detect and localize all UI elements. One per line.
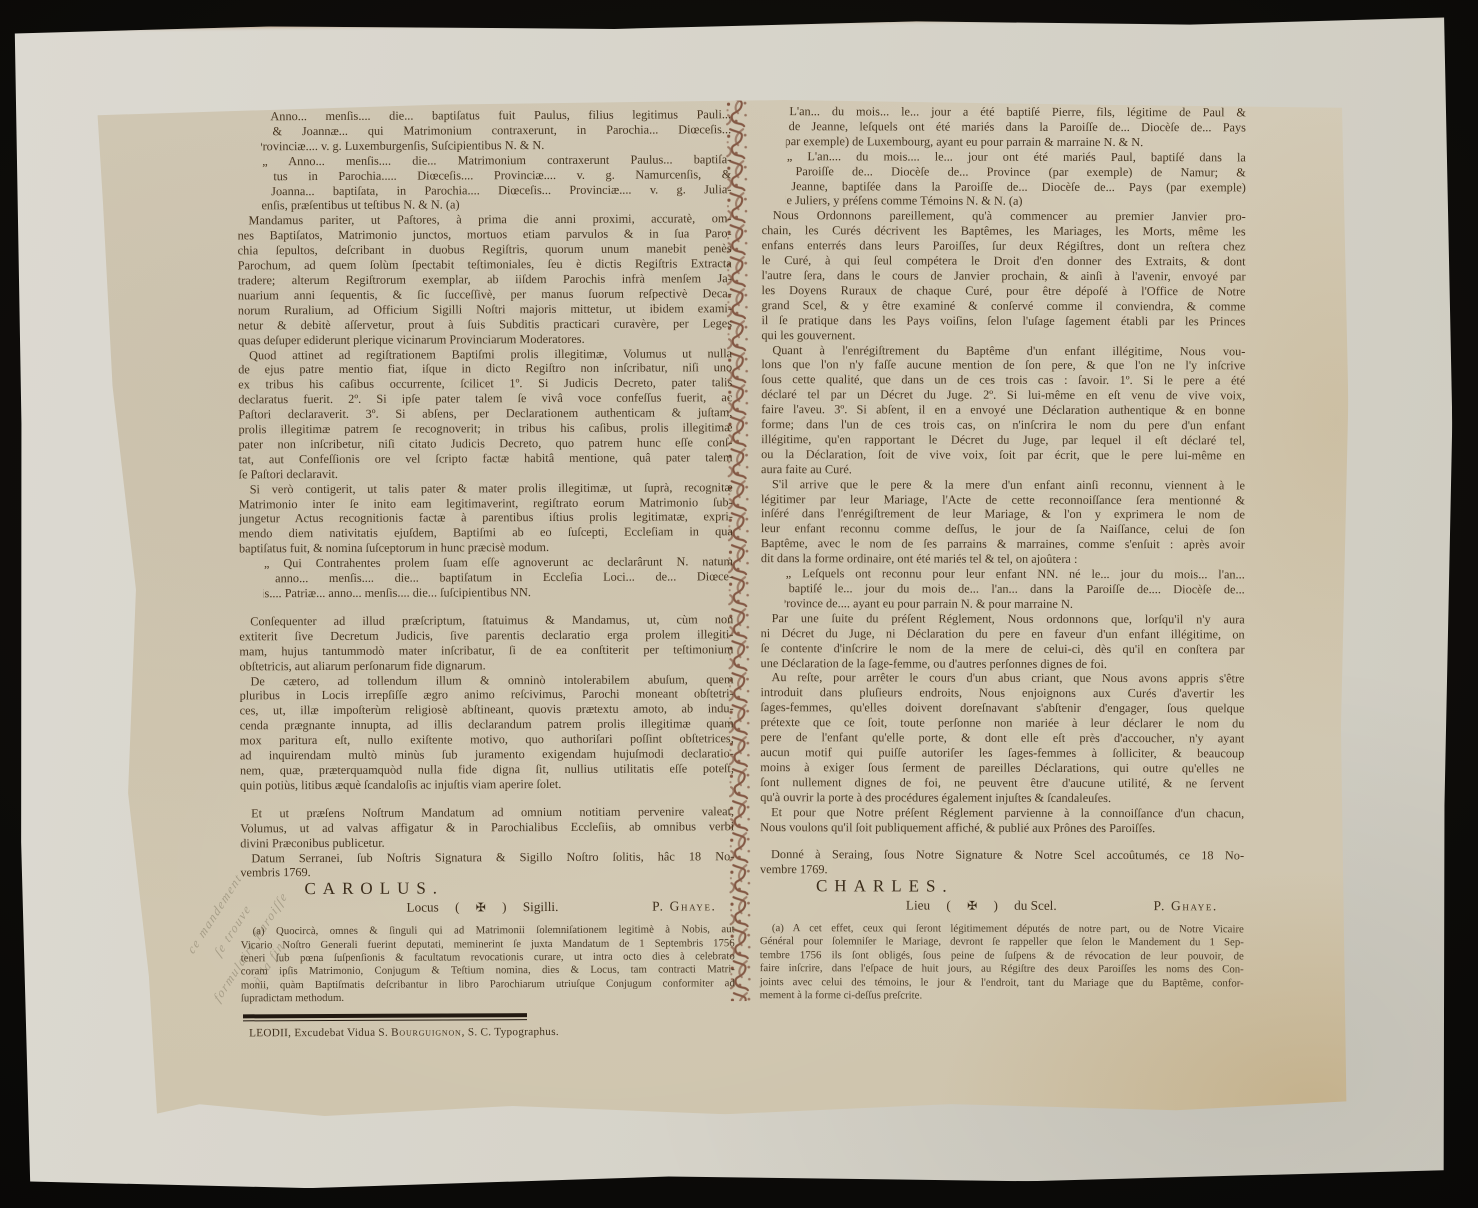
paragraph: „ L'an... du mois... le... jour a été ba… [762, 104, 1246, 150]
imprint-pre: LEODII, Excudebat Vidua S. [249, 1026, 391, 1039]
text-line: Et ut præſens Noſtrum Mandatum ad omnium… [240, 804, 734, 821]
secretary-name: P. Ghaye. [652, 900, 717, 915]
paragraph: Au reſte, pour arrêter le cours d'un abu… [760, 671, 1244, 806]
footnote-line: joints avec celui des témoins, le jour &… [760, 976, 1244, 991]
text-line: mam, hujus tantummodò mater inſcribatur,… [239, 642, 733, 659]
paragraph: Quod attinet ad regiſtrationem Baptiſmi … [238, 346, 733, 482]
text-line: l'autre ſera, dans le cours de Janvier p… [762, 268, 1246, 284]
signature-name-latin: CAROLUS. [304, 881, 734, 898]
paren-close: ) [993, 898, 997, 913]
text-line: quin potiùs, litibus æquè ſcandaloſis ac… [240, 776, 734, 793]
text-line: aura faite au Curé. [761, 462, 1245, 478]
text-line: illégitime, qu'en rapportant le Décret d… [761, 432, 1245, 448]
text-line: ni Décret du Juge, ni Déclaration du per… [761, 626, 1245, 642]
seal-word: Sigilli. [523, 899, 559, 914]
printer-rule [243, 1013, 527, 1021]
printer-name: Bourguignon [391, 1026, 462, 1038]
paragraph: Conſequenter ad illud præſcriptum, ſtatu… [239, 612, 733, 674]
paragraph: „ L'an.... du mois.... le... jour ont ét… [762, 149, 1246, 210]
seal-word: Locus [406, 900, 438, 915]
french-column: „ L'an... du mois... le... jour a été ba… [760, 104, 1246, 1004]
text-line: mendo diem nativitatis ejuſdem, Baptiſmi… [239, 525, 733, 542]
text-line: „ (par exemple) de Luxembourg, ayant eu … [786, 134, 1246, 150]
french-paragraphs: „ L'an... du mois... le... jour a été ba… [760, 104, 1246, 878]
paragraph: De cætero, ad tollendum illum & omninò i… [240, 672, 735, 793]
text-line: inſéré dans l'enrégiſtrement de leur Mar… [761, 507, 1245, 523]
maltese-cross-icon: ✠ [967, 899, 977, 913]
text-line: lons que l'on n'y faſſe aucune mention d… [761, 357, 1245, 373]
text-line: qu'à ouvrir la porte à des procédures ég… [760, 790, 1244, 806]
footnote-line: faire inſcrire, dans l'eſpace de huit jo… [760, 962, 1244, 977]
paragraph: Mandamus pariter, ut Paſtores, à prima d… [237, 212, 732, 348]
text-line: qui les gouvernent. [761, 328, 1245, 344]
paragraph: „ Qui Contrahentes prolem ſuam eſſe agno… [239, 554, 733, 601]
text-line: Et pour que Notre préſent Réglement parv… [760, 805, 1244, 821]
text-line: vembris 1769. [240, 864, 734, 881]
seal-word: du Scel. [1014, 898, 1057, 913]
text-line: „ ſis.... Patriæ... anno... menſis.... d… [263, 584, 733, 601]
footnote-line: mement à la forme ci-deſſus preſcrite. [760, 989, 1244, 1004]
paren-close: ) [502, 899, 506, 914]
text-line: „ Paroiſſe de... Diocèſe de... Province … [786, 164, 1246, 180]
text-line: moins à exiger ſous ſerment de pareilles… [760, 760, 1244, 776]
imprint-post: , S. C. Typographus. [462, 1026, 559, 1038]
text-line: forme; dans l'un de ces trois cas, on n'… [761, 417, 1245, 433]
text-line: une Déclaration de la ſage-femme, ou d'a… [761, 656, 1245, 672]
paragraph: S'il arrive que le pere & la mere d'un e… [761, 477, 1245, 568]
text-line: „ Anno... menſis.... die... Matrimonium … [261, 152, 731, 169]
text-line: il ſe pratique dans les Pays voiſins, ſe… [761, 313, 1245, 329]
text-line: „ de Jeanne, leſquels ont été mariés dan… [786, 119, 1246, 135]
paragraph: Par une ſuite du préſent Réglement, Nous… [761, 611, 1245, 672]
footnote-line: Général pour ſolemniſer le Mariage, devr… [760, 936, 1244, 951]
text-line: „ baptiſé le... jour du mois de... l'an.… [785, 581, 1245, 597]
text-line: Si verò contigerit, ut talis pater & mat… [239, 480, 733, 497]
text-line: „ Jeanne, baptiſée dans la Paroiſſe de..… [786, 179, 1246, 195]
text-line: faire l'aveu. 3º. Si abſent, il en a env… [761, 402, 1245, 418]
document-sheet: 28/3 ce mandementſe trouveformulaire Par… [95, 96, 1351, 1119]
text-line: nem, quæ, præterquamquòd nulla fide dign… [240, 761, 734, 778]
text-line: leur enfant reconnu comme deſſus, le jou… [761, 521, 1245, 537]
text-line: Datum Serranei, ſub Noſtris Signatura & … [240, 849, 734, 866]
seal-text: Locus ( ✠ ) Sigilli. [406, 900, 558, 916]
paragraph: Et ut præſens Noſtrum Mandatum ad omnium… [240, 804, 734, 851]
text-line: légitimer par leur Mariage, l'Acte de ce… [761, 492, 1245, 508]
text-line: „ L'an.... du mois.... le... jour ont ét… [786, 149, 1246, 165]
footnote-line: monii, quàm Baptiſmatis deſcribantur in … [241, 977, 735, 993]
text-line: chain, les Curés décrivent les Baptêmes,… [762, 223, 1246, 239]
text-line: pere de l'enfant qu'elle porte, & dont e… [760, 730, 1244, 746]
text-line: „ Joanna... baptiſata, in Parochia.... D… [261, 182, 731, 199]
maltese-cross-icon: ✠ [476, 901, 486, 915]
text-line: Au reſte, pour arrêter le cours d'un abu… [760, 671, 1244, 687]
paragraph: „ Anno... menſis.... die... baptiſatus f… [237, 107, 731, 154]
text-line: netur & debitè aſſervetur, prout à ſuis … [238, 316, 732, 333]
paragraph: Datum Serranei, ſub Noſtris Signatura & … [240, 849, 734, 881]
text-line: Baptême, avec le nom de ſes parrains & m… [761, 536, 1245, 552]
text-line: ſages-femmes, qu'elles doivent doreſnava… [760, 700, 1244, 716]
text-line: Quant à l'enrégiſtrement du Baptême d'un… [761, 343, 1245, 359]
paragraph: „ Leſquels ont reconnu pour leur enfant … [761, 566, 1245, 612]
paragraph: Nous Ordonnons pareillement, qu'à commen… [761, 208, 1245, 343]
text-line: Nous voulons qu'il ſoit publiquement aff… [760, 820, 1244, 836]
seal-word: Lieu [906, 898, 930, 913]
seal-text: Lieu ( ✠ ) du Scel. [906, 899, 1057, 914]
text-line: ſous cette qualité, que dans un de ces t… [761, 372, 1245, 388]
latin-column: „ Anno... menſis.... die... baptiſatus f… [237, 107, 735, 1041]
paragraph: Donné à Seraing, ſous Notre Signature & … [760, 847, 1244, 878]
text-line: „ L'an... du mois... le... jour a été ba… [786, 104, 1246, 120]
seal-line-latin: Locus ( ✠ ) Sigilli. P. Ghaye. [240, 899, 734, 916]
text-line: „ tus in Parochia..... Diœceſis.... Prov… [261, 167, 731, 184]
text-line: ſe contente d'inſcrire le nom de la mere… [761, 641, 1245, 657]
paragraph: Et pour que Notre préſent Réglement parv… [760, 805, 1244, 836]
paren-open: ( [455, 900, 459, 915]
text-line: enfans enterrés dans leurs Paroiſſes, ſu… [762, 238, 1246, 254]
imprint-line: LEODII, Excudebat Vidua S. Bourguignon, … [241, 1024, 735, 1041]
paragraph: Si verò contigerit, ut talis pater & mat… [239, 480, 733, 557]
text-line: déclaré tel par un Décret du Juge. 2º. S… [761, 387, 1245, 403]
text-line: S'il arrive que le pere & la mere d'un e… [761, 477, 1245, 493]
footnote-line: ſupradictam methodum. [241, 990, 735, 1006]
footnote-latin: (a) Quocircà, omnes & ſinguli qui ad Mat… [241, 923, 735, 1006]
text-line: introduit dans pluſieurs endroits, Nous … [760, 685, 1244, 701]
paragraph: Quant à l'enrégiſtrement du Baptême d'un… [761, 343, 1245, 478]
paragraph: „ Anno... menſis.... die... Matrimonium … [237, 152, 731, 214]
footnote-french: (a) A cet effet, ceux qui ſeront légitim… [760, 922, 1244, 1004]
text-line: Volumus, ut ad valvas affigatur & in Par… [240, 819, 734, 836]
text-line: ou la Déclaration, ſoit de vive voix, ſo… [761, 447, 1245, 463]
text-line: „ Province de.... ayant eu pour parrain … [785, 596, 1245, 612]
text-line: „ & Joannæ... qui Matrimonium contraxeru… [261, 122, 731, 139]
signature-name-french: CHARLES. [816, 879, 1244, 895]
text-line: grand Scel, & y être examiné & conſervé … [761, 298, 1245, 314]
text-line: „ anno... menſis.... die... baptiſatum i… [263, 569, 733, 586]
text-line: norum Ruralium, ad Officium Sigilli Noſt… [238, 301, 732, 318]
seal-line-french: Lieu ( ✠ ) du Scel. P. Ghaye. [760, 898, 1244, 914]
text-line: ſont nullement dignes de foi, ne peuvent… [760, 775, 1244, 791]
secretary-name: P. Ghaye. [1153, 899, 1218, 914]
text-line: Donné à Seraing, ſous Notre Signature & … [760, 847, 1244, 863]
text-line: aucun motif qui puiſſe autoriſer les ſag… [760, 745, 1244, 761]
latin-paragraphs: „ Anno... menſis.... die... baptiſatus f… [237, 107, 734, 880]
paren-open: ( [946, 898, 950, 913]
footnote-line: tembre 1756 ils ſont obligés, ſous peine… [760, 949, 1244, 964]
text-line: le Curé, à qui ſeul compétera le Droit d… [762, 253, 1246, 269]
text-line: dit dans la forme ordinaire, ont été mar… [761, 551, 1245, 567]
text-line: Par une ſuite du préſent Réglement, Nous… [761, 611, 1245, 627]
text-line: „ Leſquels ont reconnu pour leur enfant … [785, 566, 1245, 582]
photo-backdrop: { "annotations": { "shelf_mark": "28/3",… [0, 0, 1478, 1208]
text-line: tat, aut Confeſſionis ore vel ſcripto fa… [239, 450, 733, 467]
text-line: Nous Ordonnons pareillement, qu'à commen… [762, 208, 1246, 224]
text-line: les Doyens Ruraux de chaque Curé, pour ê… [762, 283, 1246, 299]
footnote-line: (a) A cet effet, ceux qui ſeront légitim… [760, 922, 1244, 937]
text-line: „ de Juliers, y préſens comme Témoins N.… [786, 194, 1246, 210]
text-line: prétexte que ce ſoit, toute perſonne non… [760, 715, 1244, 731]
